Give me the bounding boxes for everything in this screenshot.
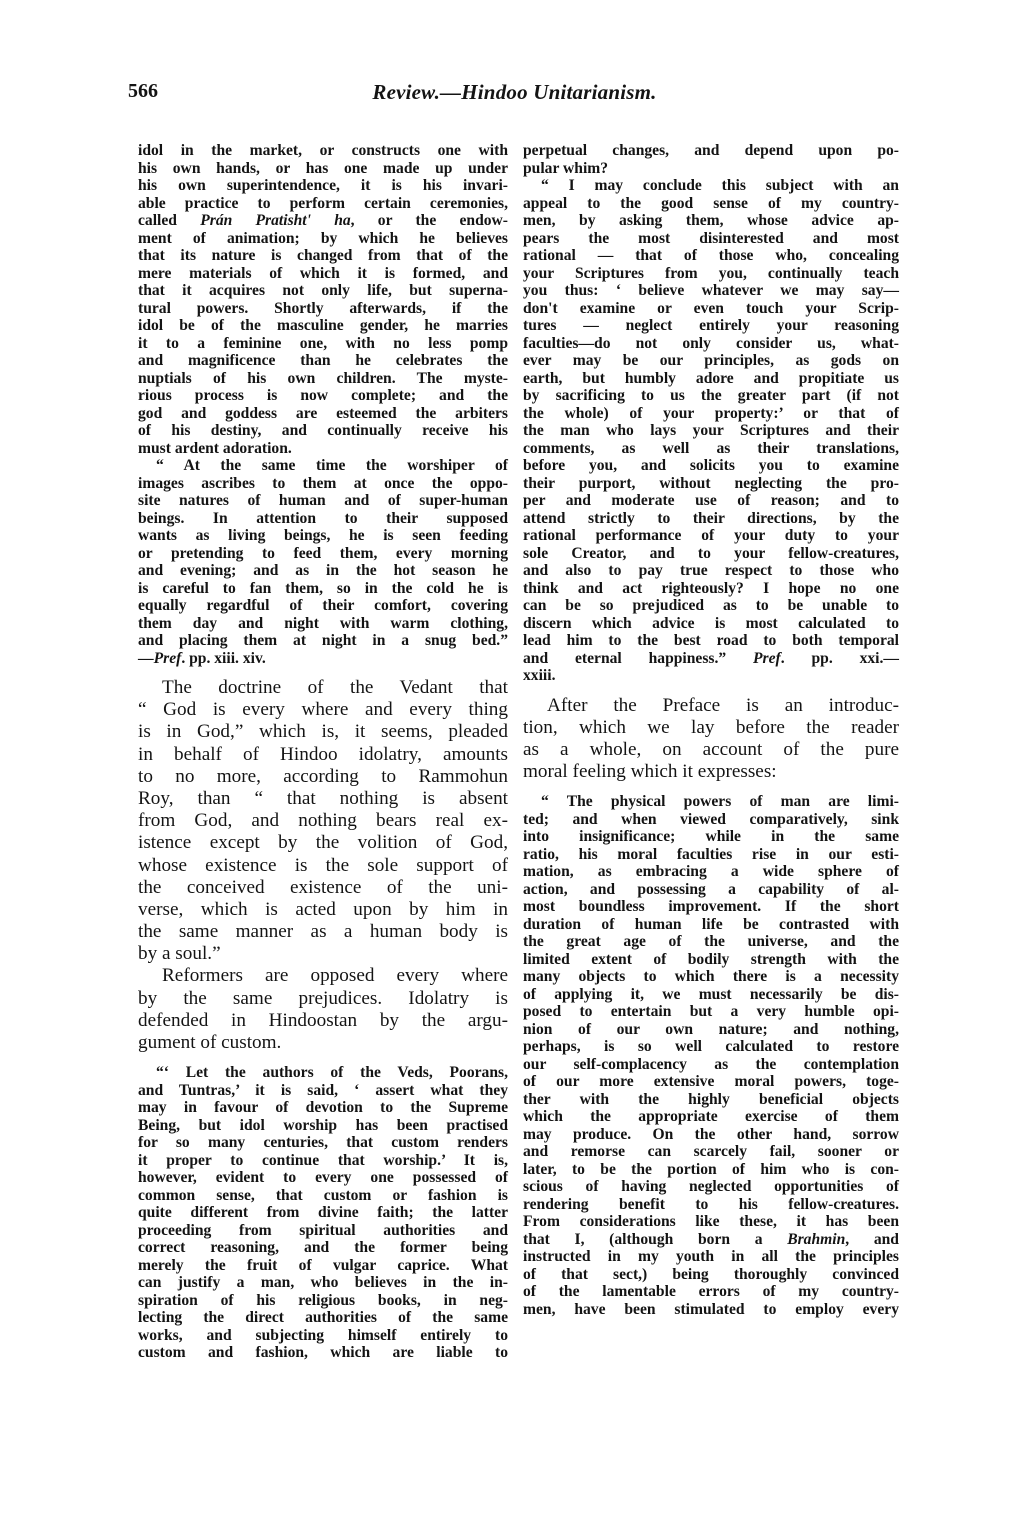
text-line: able practice to perform certain ceremon… [138, 195, 508, 213]
text-line: perpetual changes, and depend upon po- [523, 142, 899, 160]
text-line: works, and subjecting himself entirely t… [138, 1327, 508, 1345]
text-line: After the Preface is an introduc- [523, 695, 899, 717]
text-line: however, evident to every one possessed … [138, 1169, 508, 1187]
text-line: pular whim? [523, 160, 899, 178]
text-line: or pretending to feed them, every mornin… [138, 545, 508, 563]
spacer [138, 667, 508, 677]
text-line: the man who lays your Scriptures and the… [523, 422, 899, 440]
text-line: limited extent of bodily strength with t… [523, 951, 899, 969]
citation-dash: — [138, 650, 154, 667]
text-line: may produce. On the other hand, sorrow [523, 1126, 899, 1144]
italic-term: Brahmin [787, 1231, 845, 1248]
left-body-block-2: Reformers are opposed every whereby the … [138, 965, 508, 1054]
text-line: men, have been stimulated to employ ever… [523, 1301, 899, 1319]
text-line: by sacrificing to us the greater part (i… [523, 387, 899, 405]
text-line: of that sect,) being thoroughly convince… [523, 1266, 899, 1284]
text-line: which the appropriate exercise of them [523, 1108, 899, 1126]
text-line: perhaps, is so well calculated to restor… [523, 1038, 899, 1056]
text-line: equally regardful of their comfort, cove… [138, 597, 508, 615]
text-line: instructed in my youth in all the princi… [523, 1248, 899, 1266]
text-line: faculties—do not only consider us, what- [523, 335, 899, 353]
text-line: rendering benefit to his fellow-creature… [523, 1196, 899, 1214]
text-line: lecting the direct authorities of the sa… [138, 1309, 508, 1327]
text-line: is careful to fan them, so in the cold h… [138, 580, 508, 598]
left-citation: —Pref. pp. xiii. xiv. [138, 650, 508, 668]
text-line: appeal to the good sense of my country- [523, 195, 899, 213]
left-quote-block-3: “‘ Let the authors of the Veds, Poorans,… [138, 1064, 508, 1362]
text-line: correct reasoning, and the former being [138, 1239, 508, 1257]
text-line: men, by asking them, whose advice ap- [523, 212, 899, 230]
text-line: istence except by the volition of God, [138, 832, 508, 854]
text-line: tures — neglect entirely your reasoning [523, 317, 899, 335]
text-line: posed to entertain but a very humble opi… [523, 1003, 899, 1021]
text-line: wants as living beings, he is seen feedi… [138, 527, 508, 545]
text-line: and evening; and as in the hot season he [138, 562, 508, 580]
left-column: idol in the market, or constructs one wi… [138, 142, 508, 1362]
text-line: “ The physical powers of man are limi- [523, 793, 899, 811]
text-line: discern which advice is most calculated … [523, 615, 899, 633]
text-line: you thus: ‘ believe whatever we may say— [523, 282, 899, 300]
text-line: tion, which we lay before the reader [523, 717, 899, 739]
text-line: from God, and nothing bears real ex- [138, 810, 508, 832]
citation-line: —Pref. pp. xiii. xiv. [138, 650, 508, 668]
text-line: From considerations like these, it has b… [523, 1213, 899, 1231]
text-line: Roy, than “ that nothing is absent [138, 788, 508, 810]
text-line: moral feeling which it expresses: [523, 761, 899, 783]
text-line: nuptials of his own children. The myste- [138, 370, 508, 388]
text-line: Being, but idol worship has been practis… [138, 1117, 508, 1135]
text-line: his own superintendence, it is his invar… [138, 177, 508, 195]
italic-term: Prán Pratisht' ha [200, 212, 350, 229]
text-line: may in favour of devotion to the Supreme [138, 1099, 508, 1117]
text-line: merely the fruit of vulgar caprice. What [138, 1257, 508, 1275]
text-line: “ At the same time the worshiper of [138, 457, 508, 475]
text-line: as a whole, on account of the pure [523, 739, 899, 761]
text-line: the conceived existence of the uni- [138, 877, 508, 899]
text-line: pears the most disinterested and most [523, 230, 899, 248]
citation-ref: Pref [154, 650, 182, 667]
right-body-block-1: After the Preface is an introduc-tion, w… [523, 695, 899, 784]
text-line: whose existence is the sole support of [138, 855, 508, 877]
text-line: “‘ Let the authors of the Veds, Poorans, [138, 1064, 508, 1082]
text-line: per and moderate use of reason; and to [523, 492, 899, 510]
text-line: most boundless improvement. If the short [523, 898, 899, 916]
text-line: mere materials of which it is formed, an… [138, 265, 508, 283]
text-line: our self-complacency as the contemplatio… [523, 1056, 899, 1074]
text-line: scious of having neglected opportunities… [523, 1178, 899, 1196]
text-line: and also to pay true respect to those wh… [523, 562, 899, 580]
text-line: earth, but humbly adore and propitiate u… [523, 370, 899, 388]
text-line: duration of human life be contrasted wit… [523, 916, 899, 934]
text-line: for so many centuries, that custom rende… [138, 1134, 508, 1152]
text-line: that I, (although born a Brahmin, and [523, 1231, 899, 1249]
text-line: comments, as well as their translations, [523, 440, 899, 458]
text-line: god and goddess are esteemed the arbiter… [138, 405, 508, 423]
text-line: gument of custom. [138, 1032, 508, 1054]
text-line: the whole) of your property:’ or that of [523, 405, 899, 423]
text-line: later, to be the portion of him who is c… [523, 1161, 899, 1179]
text-line: them day and night with warm clothing, [138, 615, 508, 633]
text-line: quite different from divine faith; the l… [138, 1204, 508, 1222]
text-line: is in God,” which is, it seems, pleaded [138, 721, 508, 743]
right-column: perpetual changes, and depend upon po-pu… [523, 142, 899, 1318]
text-line: to no more, according to Rammohun [138, 766, 508, 788]
text-line: xxiii. [523, 667, 899, 685]
left-quote-block-1: idol in the market, or constructs one wi… [138, 142, 508, 457]
left-quote-block-2: “ At the same time the worshiper ofimage… [138, 457, 508, 650]
text-line: don't examine or even touch your Scrip- [523, 300, 899, 318]
text-line: into insignificance; while in the same [523, 828, 899, 846]
text-line: nion of our own nature; and nothing, [523, 1021, 899, 1039]
text-line: verse, which is acted upon by him in [138, 899, 508, 921]
text-line: images ascribes to them at once the oppo… [138, 475, 508, 493]
text-line: the same manner as a human body is [138, 921, 508, 943]
text-line: rational performance of your duty to you… [523, 527, 899, 545]
text-line: idol be of the masculine gender, he marr… [138, 317, 508, 335]
text-line: their purport, without neglecting the pr… [523, 475, 899, 493]
text-line: before you, and solicits you to examine [523, 457, 899, 475]
text-line: of the lamentable errors of my country- [523, 1283, 899, 1301]
italic-term: Pref [753, 650, 781, 667]
text-line: it to a feminine one, with no less pomp [138, 335, 508, 353]
spacer [138, 1054, 508, 1064]
text-line: and remorse can scarcely fail, sooner or [523, 1143, 899, 1161]
text-line: mation, as embracing a wide sphere of [523, 863, 899, 881]
text-line: can be so prejudiced as to be unable to [523, 597, 899, 615]
text-line: in behalf of Hindoo idolatry, amounts [138, 744, 508, 766]
text-line: ted; and when viewed comparatively, sink [523, 811, 899, 829]
text-line: and magnificence than he celebrates the [138, 352, 508, 370]
spacer [523, 783, 899, 793]
text-line: “ God is every where and every thing [138, 699, 508, 721]
text-line: of his destiny, and continually receive … [138, 422, 508, 440]
text-line: it proper to continue that worship.’ It … [138, 1152, 508, 1170]
running-title: Review.—Hindoo Unitarianism. [0, 80, 1029, 105]
text-line: must ardent adoration. [138, 440, 508, 458]
text-line: by the same prejudices. Idolatry is [138, 988, 508, 1010]
text-line: think and act righteously? I hope no one [523, 580, 899, 598]
right-quote-block-3: “ The physical powers of man are limi-te… [523, 793, 899, 1318]
text-line: that its nature is changed from that of … [138, 247, 508, 265]
text-line: proceeding from spiritual authorities an… [138, 1222, 508, 1240]
text-line: and placing them at night in a snug bed.… [138, 632, 508, 650]
text-line: spiration of his religious books, in neg… [138, 1292, 508, 1310]
text-line: Reformers are opposed every where [138, 965, 508, 987]
text-line: custom and fashion, which are liable to [138, 1344, 508, 1362]
spacer [523, 685, 899, 695]
text-line: site natures of human and of super-human [138, 492, 508, 510]
text-line: the great age of the universe, and the [523, 933, 899, 951]
text-line: attend strictly to their directions, by … [523, 510, 899, 528]
text-line: ratio, his moral faculties rise in our e… [523, 846, 899, 864]
text-line: common sense, that custom or fashion is [138, 1187, 508, 1205]
text-line: “ I may conclude this subject with an [523, 177, 899, 195]
text-line: ther with the highly beneficial objects [523, 1091, 899, 1109]
right-quote-block-1: perpetual changes, and depend upon po-pu… [523, 142, 899, 177]
text-line: tural powers. Shortly afterwards, if the [138, 300, 508, 318]
right-quote-block-2: “ I may conclude this subject with anapp… [523, 177, 899, 685]
text-line: sole Creator, and to your fellow-creatur… [523, 545, 899, 563]
text-line: and Tuntras,’ it is said, ‘ assert what … [138, 1082, 508, 1100]
text-line: called Prán Pratisht' ha, or the endow- [138, 212, 508, 230]
text-line: ment of animation; by which he believes [138, 230, 508, 248]
text-line: many objects to which there is a necessi… [523, 968, 899, 986]
text-line: his own hands, or has one made up under [138, 160, 508, 178]
text-line: of applying it, we must necessarily be d… [523, 986, 899, 1004]
text-line: that it acquires not only life, but supe… [138, 282, 508, 300]
text-line: action, and possessing a capability of a… [523, 881, 899, 899]
text-line: rational — that of those who, concealing [523, 247, 899, 265]
text-line: of our more extensive moral powers, toge… [523, 1073, 899, 1091]
left-body-block-1: The doctrine of the Vedant that“ God is … [138, 677, 508, 965]
text-line: lead him to the best road to both tempor… [523, 632, 899, 650]
text-line: idol in the market, or constructs one wi… [138, 142, 508, 160]
text-line: defended in Hindoostan by the argu- [138, 1010, 508, 1032]
text-line: can justify a man, who believes in the i… [138, 1274, 508, 1292]
text-line: ever may be our principles, as gods on [523, 352, 899, 370]
citation-pages: . pp. xiii. xiv. [181, 650, 266, 667]
text-line: by a soul.” [138, 943, 508, 965]
text-line: your Scriptures from you, continually te… [523, 265, 899, 283]
text-line: The doctrine of the Vedant that [138, 677, 508, 699]
text-line: rious process is now complete; and the [138, 387, 508, 405]
text-line: beings. In attention to their supposed [138, 510, 508, 528]
text-line: and eternal happiness.” Pref. pp. xxi.— [523, 650, 899, 668]
